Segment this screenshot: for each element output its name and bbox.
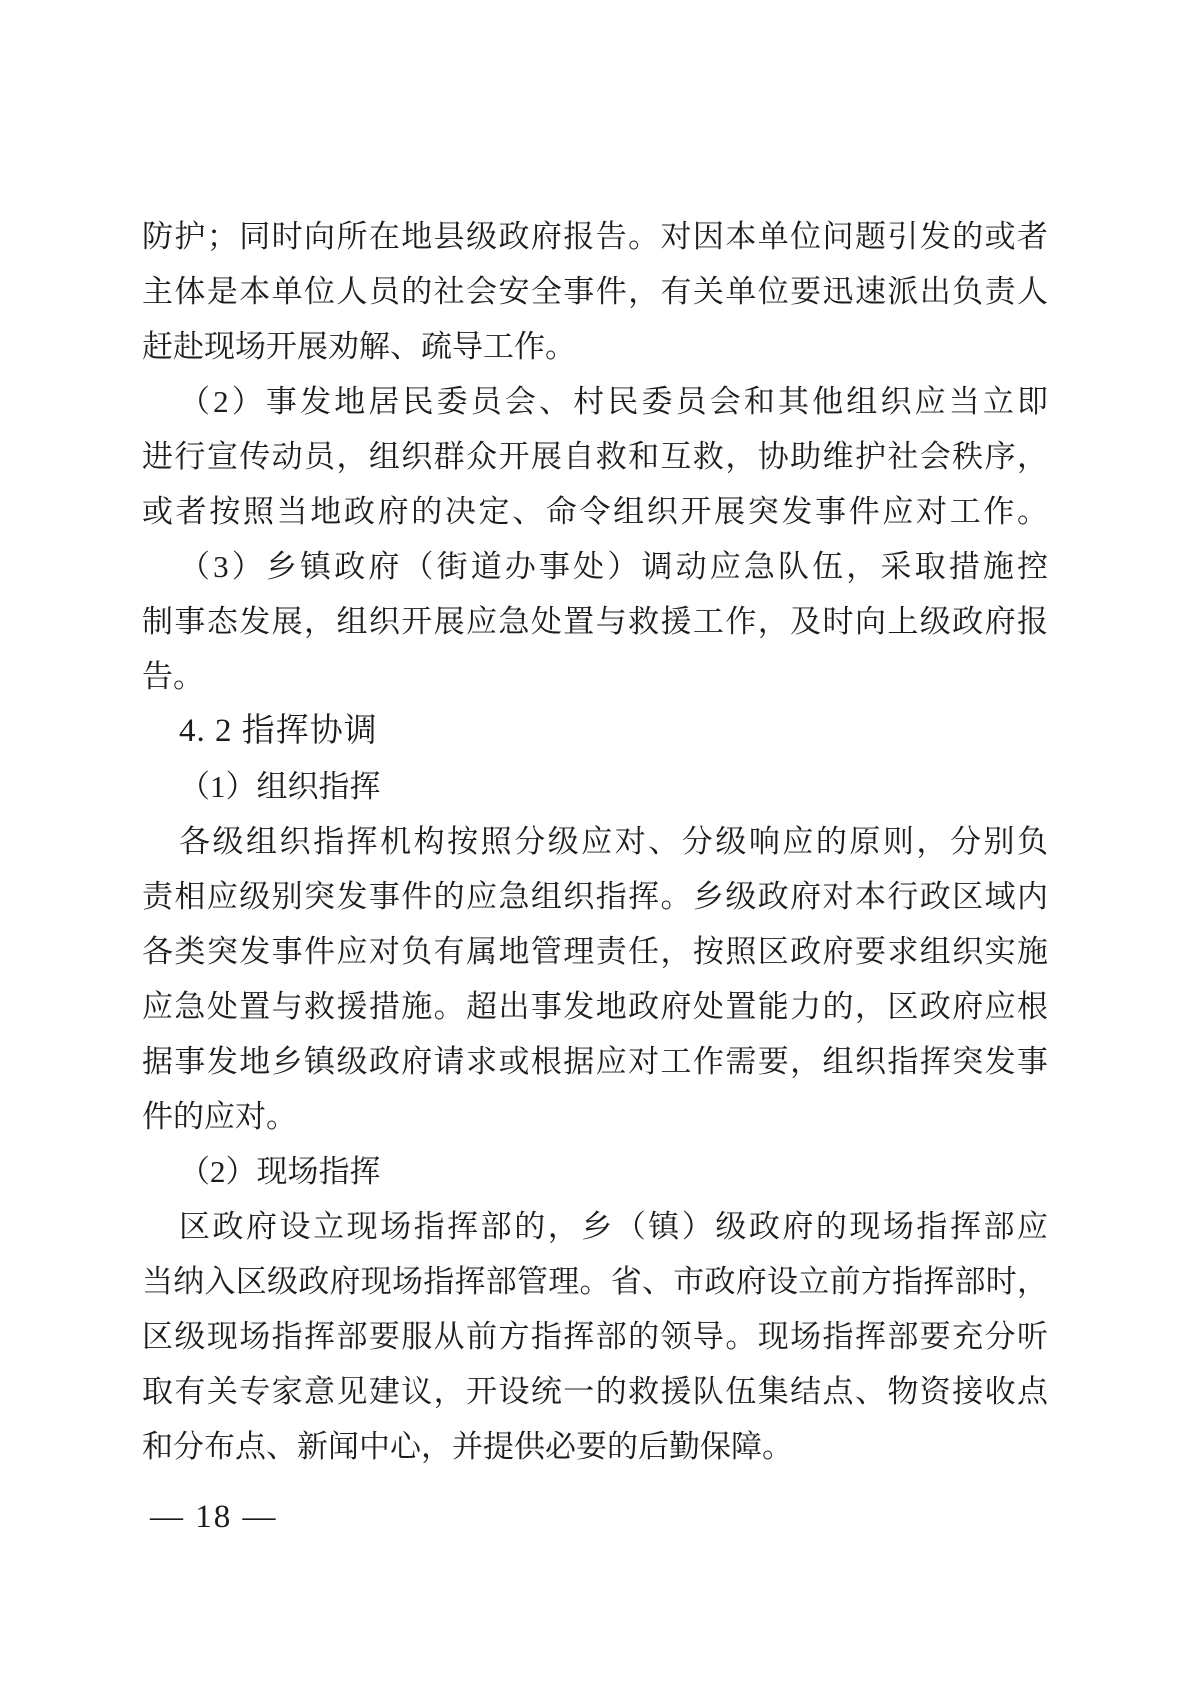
page-number: — 18 —: [150, 1490, 278, 1545]
document-body: 防护；同时向所在地县级政府报告。对因本单位问题引发的或者 主体是本单位人员的社会…: [142, 209, 1048, 1474]
text-line: 防护；同时向所在地县级政府报告。对因本单位问题引发的或者: [142, 209, 1048, 264]
subsection-heading: （1）组织指挥: [142, 759, 1048, 814]
text-line: 制事态发展，组织开展应急处置与救援工作，及时向上级政府报: [142, 594, 1048, 649]
text-line: 件的应对。: [142, 1089, 1048, 1144]
text-line: 取有关专家意见建议，开设统一的救援队伍集结点、物资接收点: [142, 1364, 1048, 1419]
text-line: 各类突发事件应对负有属地管理责任，按照区政府要求组织实施: [142, 924, 1048, 979]
text-line: 或者按照当地政府的决定、命令组织开展突发事件应对工作。: [142, 484, 1048, 539]
text-line: （2）事发地居民委员会、村民委员会和其他组织应当立即: [142, 374, 1048, 429]
text-line: 赶赴现场开展劝解、疏导工作。: [142, 319, 1048, 374]
text-line: 区级现场指挥部要服从前方指挥部的领导。现场指挥部要充分听: [142, 1309, 1048, 1364]
text-line: 进行宣传动员，组织群众开展自救和互救，协助维护社会秩序，: [142, 429, 1048, 484]
text-line: 当纳入区级政府现场指挥部管理。省、市政府设立前方指挥部时，: [142, 1254, 1048, 1309]
text-line: 主体是本单位人员的社会安全事件，有关单位要迅速派出负责人: [142, 264, 1048, 319]
text-line: 区政府设立现场指挥部的，乡（镇）级政府的现场指挥部应: [142, 1199, 1048, 1254]
text-line: 各级组织指挥机构按照分级应对、分级响应的原则，分别负: [142, 814, 1048, 869]
subsection-heading: （2）现场指挥: [142, 1144, 1048, 1199]
text-line: （3）乡镇政府（街道办事处）调动应急队伍，采取措施控: [142, 539, 1048, 594]
text-line: 告。: [142, 649, 1048, 704]
text-line: 和分布点、新闻中心，并提供必要的后勤保障。: [142, 1419, 1048, 1474]
text-line: 据事发地乡镇级政府请求或根据应对工作需要，组织指挥突发事: [142, 1034, 1048, 1089]
document-page: 防护；同时向所在地县级政府报告。对因本单位问题引发的或者 主体是本单位人员的社会…: [0, 0, 1190, 1683]
section-heading: 4. 2 指挥协调: [142, 704, 1048, 759]
text-line: 责相应级别突发事件的应急组织指挥。乡级政府对本行政区域内: [142, 869, 1048, 924]
text-line: 应急处置与救援措施。超出事发地政府处置能力的，区政府应根: [142, 979, 1048, 1034]
